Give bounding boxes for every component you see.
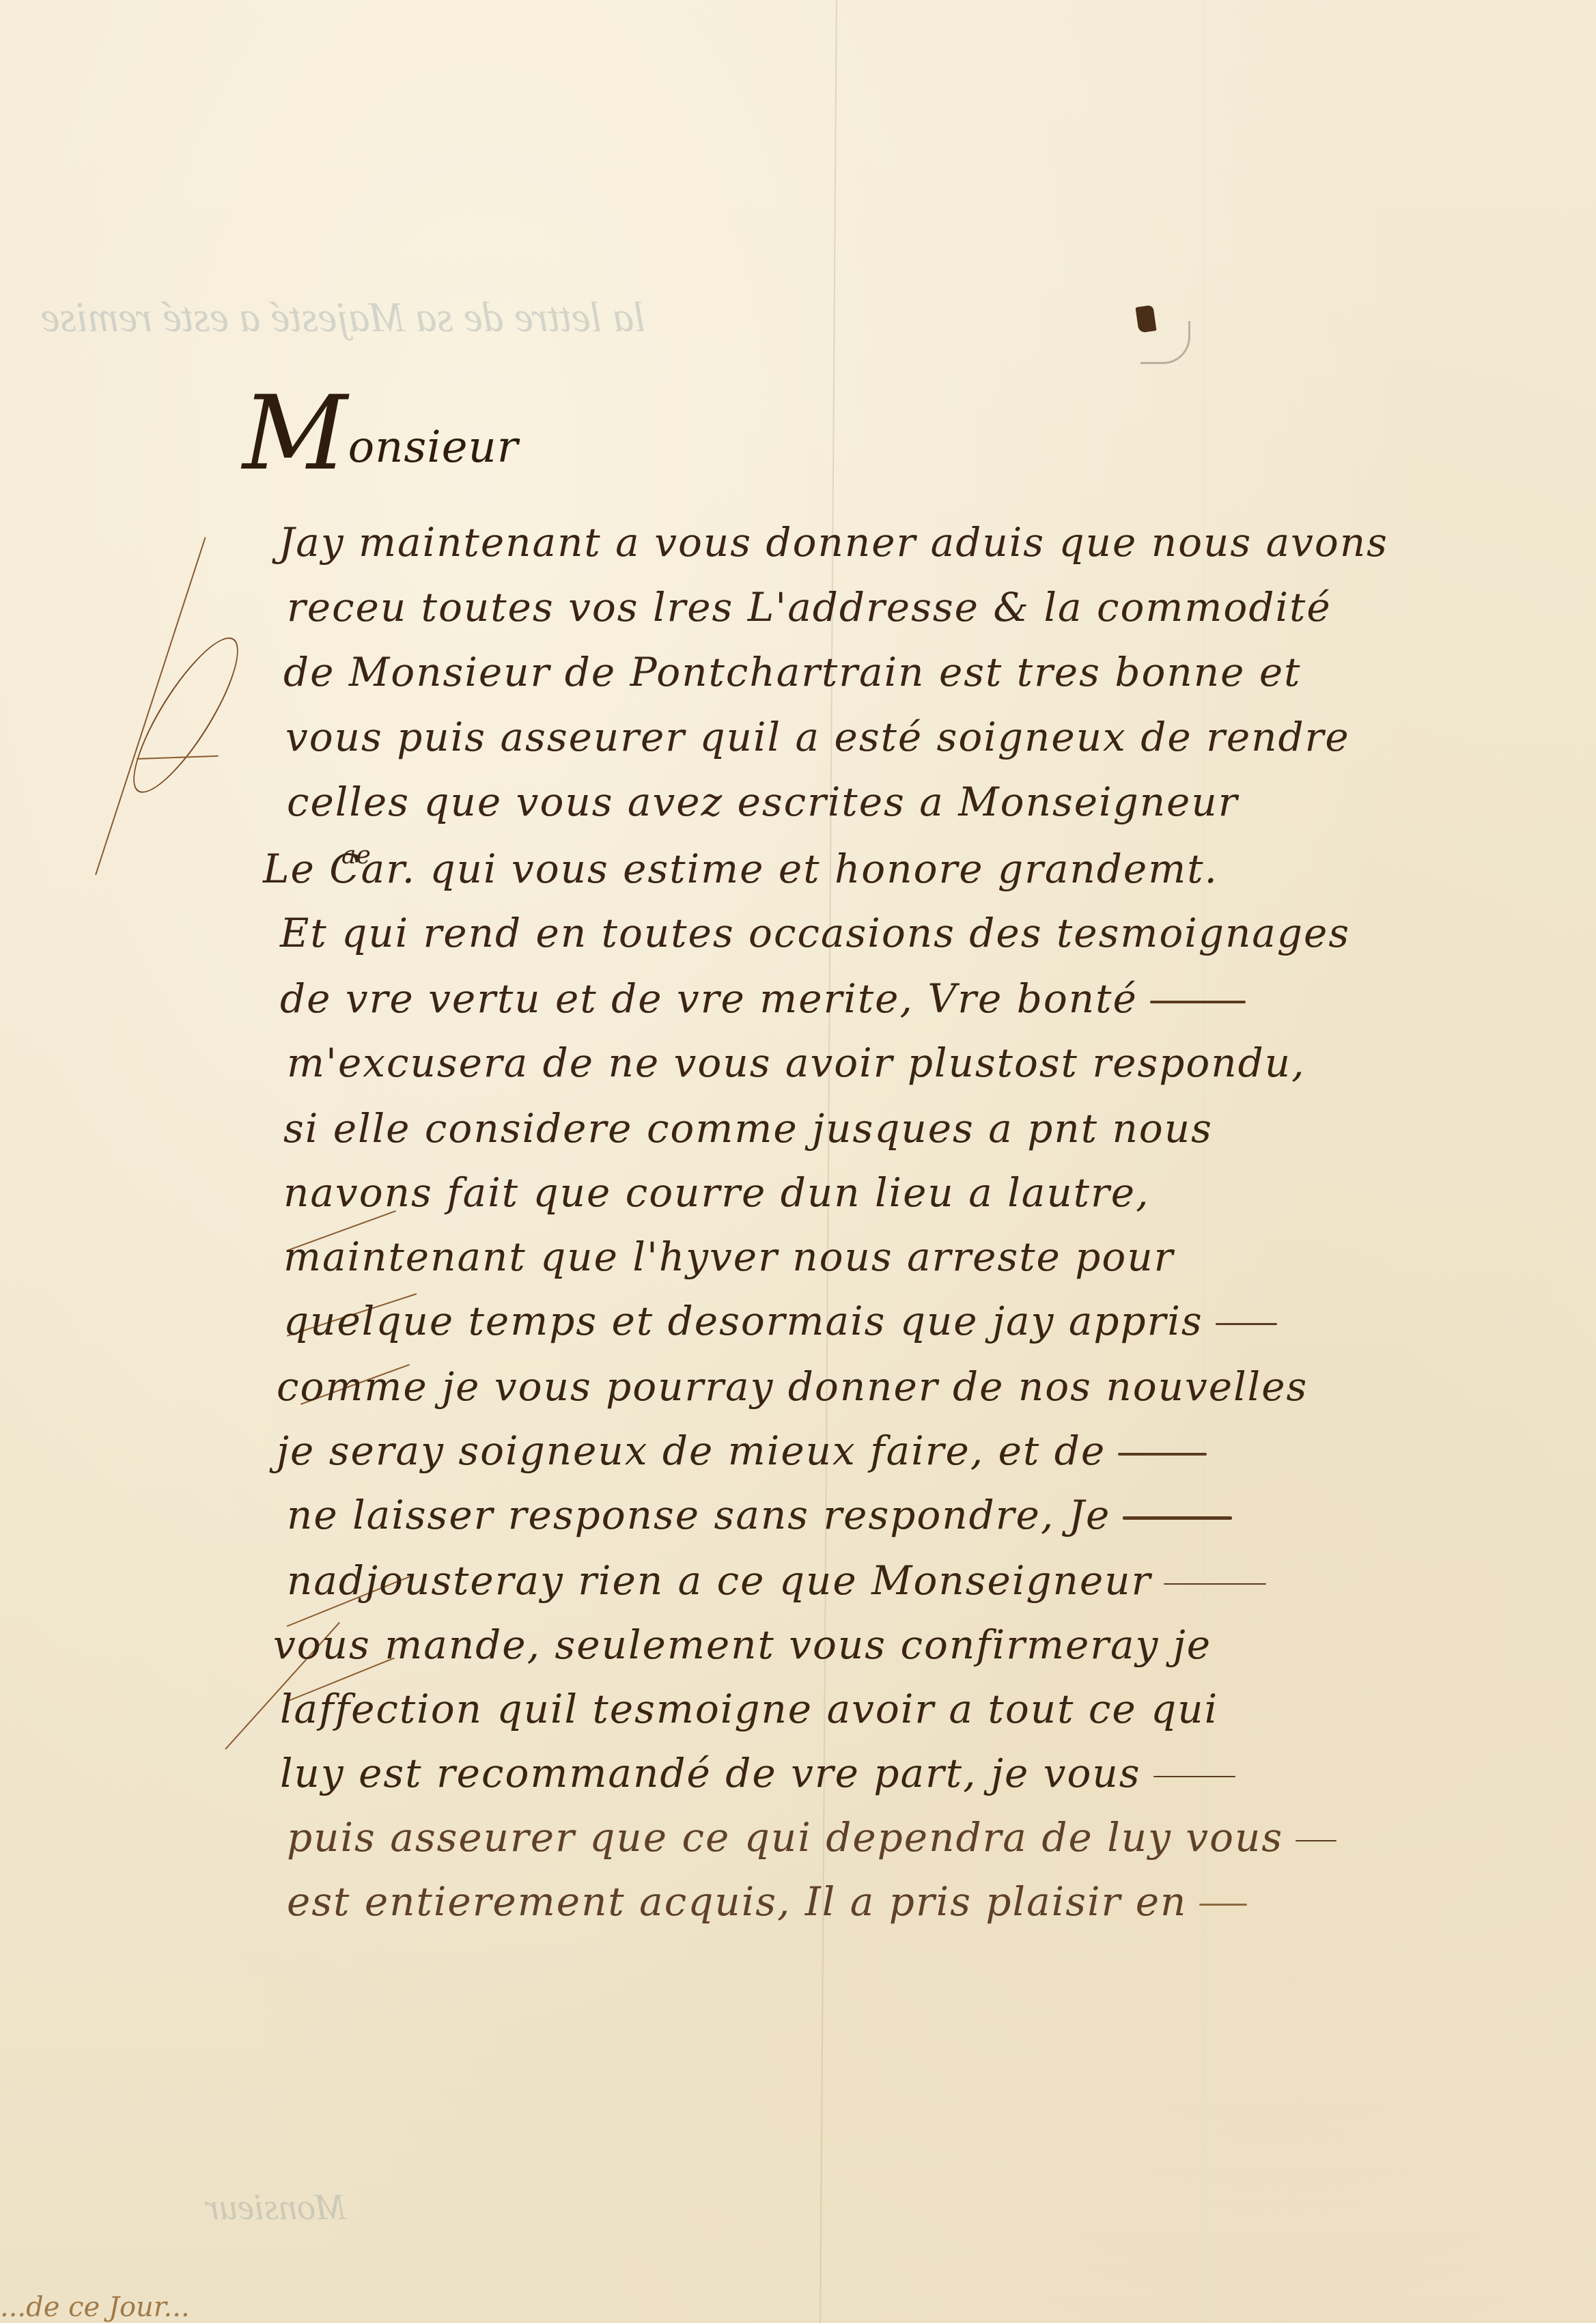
letter-line: celles que vous avez escrites a Monseign… — [287, 779, 1238, 825]
letter-line: si elle considere comme jusques a pnt no… — [283, 1105, 1213, 1152]
paper-fold-crease — [820, 0, 837, 2323]
letter-line: puis asseurer que ce qui dependra de luy… — [287, 1814, 1336, 1861]
line-filler-stroke — [1216, 1323, 1277, 1325]
letter-line: Jay maintenant a vous donner aduis que n… — [279, 519, 1388, 566]
line-filler-stroke — [1118, 1453, 1207, 1456]
letter-line: quelque temps et desormais que jay appri… — [283, 1298, 1277, 1344]
letter-line: Et qui rend en toutes occasions des tesm… — [280, 910, 1350, 956]
letter-line: de vre vertu et de vre merite, Vre bonté — [280, 975, 1246, 1022]
letter-line: Le Car. qui vous estime et honore grande… — [263, 846, 1218, 892]
salutation-rest: onsieur — [348, 422, 519, 473]
letter-line: comme je vous pourray donner de nos nouv… — [277, 1363, 1308, 1410]
letter-line: je seray soigneux de mieux faire, et de — [277, 1428, 1207, 1474]
line-filler-stroke — [1153, 1776, 1235, 1777]
margin-flourish — [117, 625, 255, 805]
paper-fold-crease — [1203, 0, 1204, 2323]
letter-line: de Monsieur de Pontchartrain est tres bo… — [283, 649, 1302, 695]
line-filler-stroke — [1199, 1904, 1247, 1906]
letter-line: luy est recommandé de vre part, je vous — [280, 1750, 1235, 1796]
salutation-capital: M — [242, 374, 348, 493]
letter-line: maintenant que l'hyver nous arreste pour — [283, 1234, 1174, 1280]
letter-line: nadjousteray rien a ce que Monseigneur — [287, 1557, 1266, 1604]
letter-line: vous mande, seulement vous confirmeray j… — [273, 1622, 1212, 1668]
salutation: Monsieur — [242, 382, 518, 485]
manuscript-page: la lettre de sa Majesté a esté remise Mo… — [0, 0, 1596, 2323]
show-through-text: Monsieur — [205, 2186, 346, 2228]
letter-line: navons fait que courre dun lieu a lautre… — [283, 1169, 1150, 1216]
letter-line: m'excusera de ne vous avoir plustost res… — [287, 1040, 1306, 1086]
cropped-text-fragment: ...de ce Jour... — [0, 2292, 190, 2323]
letter-line: vous puis asseurer quil a esté soigneux … — [285, 714, 1350, 760]
show-through-text: la lettre de sa Majesté a esté remise — [41, 294, 646, 342]
letter-line: ne laisser response sans respondre, Je — [287, 1492, 1232, 1538]
line-filler-stroke — [1150, 1001, 1246, 1003]
show-through-stroke — [1140, 321, 1190, 364]
letter-line: laffection quil tesmoigne avoir a tout c… — [280, 1686, 1218, 1732]
line-filler-stroke — [1164, 1583, 1266, 1585]
letter-line: receu toutes vos lres L'addresse & la co… — [287, 584, 1332, 630]
letter-line: est entierement acquis, Il a pris plaisi… — [287, 1878, 1247, 1925]
line-filler-stroke — [1123, 1516, 1232, 1520]
line-filler-stroke — [1296, 1840, 1336, 1841]
